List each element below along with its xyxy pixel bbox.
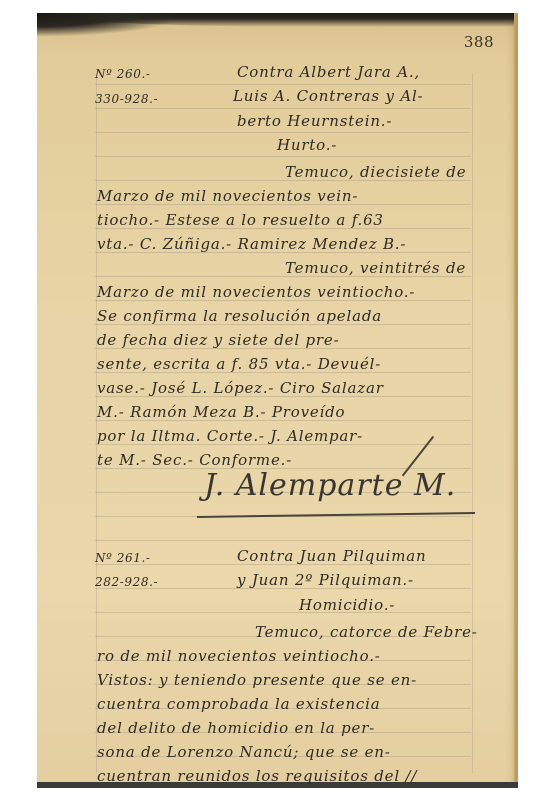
- ruled-line: [95, 540, 471, 541]
- body-line: sente, escrita a f. 85 vta.- Devuél-: [97, 355, 381, 373]
- body-line: cuentra comprobada la existencia: [97, 695, 380, 713]
- case-heading-line: Luis A. Contreras y Al-: [233, 87, 423, 105]
- case-heading-line: berto Heurnstein.-: [237, 112, 392, 130]
- body-line: vta.- C. Zúñiga.- Ramirez Mendez B.-: [97, 235, 406, 253]
- ruled-line: [95, 156, 471, 157]
- case-number: Nº 261.-: [95, 551, 151, 565]
- signature: J. Alemparte M.: [204, 468, 456, 503]
- body-line: te M.- Sec.- Conforme.-: [97, 451, 292, 469]
- body-line: Marzo de mil novecientos vein-: [97, 187, 358, 205]
- case-crime: Homicidio.-: [299, 596, 395, 614]
- case-number: Nº 260.-: [95, 67, 151, 81]
- signature-underline: [197, 512, 475, 518]
- body-line: vase.- José L. López.- Ciro Salazar: [97, 379, 384, 397]
- case-heading-line: Contra Juan Pilquiman: [237, 547, 427, 565]
- ruled-line: [95, 108, 471, 109]
- body-line: Marzo de mil novecientos veintiocho.-: [97, 283, 415, 301]
- body-line: por la Iltma. Corte.- J. Alempar-: [97, 427, 363, 445]
- body-line: Se confirma la resolución apelada: [97, 307, 382, 325]
- body-line: ro de mil novecientos veintiocho.-: [97, 647, 381, 665]
- file-reference: 282-928.-: [95, 575, 158, 589]
- body-line: Vistos: y teniendo presente que se en-: [97, 671, 417, 689]
- body-line: Temuco, catorce de Febre-: [255, 623, 478, 641]
- case-crime: Hurto.-: [277, 136, 337, 154]
- ruled-line: [95, 132, 471, 133]
- body-line: cuentran reunidos los requisitos del //: [97, 767, 417, 785]
- body-line: M.- Ramón Meza B.- Proveído: [97, 403, 345, 421]
- case-heading-line: y Juan 2º Pilquiman.-: [237, 571, 414, 589]
- page-corner-shadow: [37, 13, 187, 37]
- body-line: Temuco, veintitrés de: [285, 259, 466, 277]
- left-margin-line: [96, 73, 97, 773]
- ruled-line: [95, 612, 471, 613]
- file-reference: 330-928.-: [95, 92, 158, 106]
- body-line: del delito de homicidio en la per-: [97, 719, 375, 737]
- ledger-page: 388 Nº 260.- 330-928.- Contra Albert Jar…: [37, 13, 518, 788]
- right-margin-line: [472, 73, 473, 773]
- case-heading-line: Contra Albert Jara A.,: [237, 63, 420, 81]
- body-line: Temuco, diecisiete de: [285, 163, 466, 181]
- body-line: de fecha diez y siete del pre-: [97, 331, 339, 349]
- body-line: tiocho.- Estese a lo resuelto a f.63: [97, 211, 384, 229]
- page-right-edge: [514, 13, 518, 788]
- page-number: 388: [464, 33, 494, 51]
- ruled-line: [95, 84, 471, 85]
- body-line: sona de Lorenzo Nancú; que se en-: [97, 743, 391, 761]
